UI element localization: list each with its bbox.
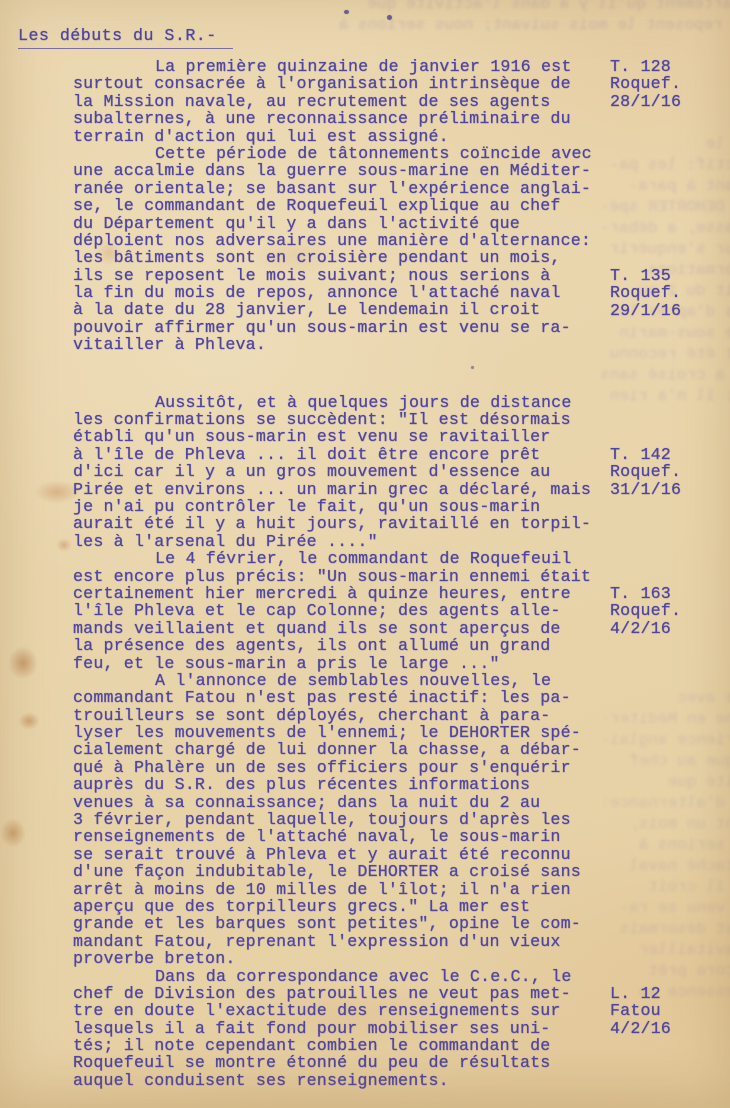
- text-line: commandant Fatou n'est pas resté inactif…: [73, 689, 618, 706]
- text-line: du Département qu'il y a dans l'activité…: [73, 215, 618, 232]
- margin-note-author: Roquef.: [610, 602, 728, 619]
- margin-note: T. 135 Roquef. 29/1/16: [610, 267, 728, 319]
- text-line: feu, et le sous-marin a pris le large ..…: [73, 655, 618, 672]
- text-line: terrain d'action qui lui est assigné.: [73, 128, 618, 145]
- margin-note-date: 4/2/16: [610, 620, 728, 637]
- text-line: Aussitôt, et à quelques jours de distanc…: [73, 394, 618, 411]
- paragraph: Dans da correspondance avec le C.e.C., l…: [73, 968, 618, 1090]
- margin-note-ref: L. 12: [610, 985, 728, 1002]
- typewritten-page: du Département qu'il y a dans l'activité…: [0, 0, 730, 1108]
- text-line: tés; il note cependant combien le comman…: [73, 1037, 618, 1054]
- margin-note-date: 31/1/16: [610, 481, 728, 498]
- text-line: je n'ai pu contrôler le fait, qu'un sous…: [73, 498, 618, 515]
- margin-note-author: Roquef.: [610, 75, 728, 92]
- text-line: renseignements de l'attaché naval, le so…: [73, 828, 618, 845]
- margin-note-author: Fatou: [610, 1002, 728, 1019]
- text-line: se serait trouvé à Phleva et y aurait ét…: [73, 846, 618, 863]
- text-line: trouilleurs se sont déployés, cherchant …: [73, 707, 618, 724]
- text-line: lesquels il a fait fond pour mobiliser s…: [73, 1020, 618, 1037]
- text-line: auquel conduisent ses renseignements.: [73, 1072, 618, 1089]
- text-line: Roquefeuil se montre étonné du peu de ré…: [73, 1054, 618, 1071]
- text-line: la Mission navale, au recrutement de ses…: [73, 93, 618, 110]
- text-line: venues à sa connaissance; dans la nuit d…: [73, 794, 618, 811]
- text-line: grande et les barques sont petites", opi…: [73, 915, 618, 932]
- text-line: déploient nos adversaires une manière d'…: [73, 232, 618, 249]
- text-line: est encore plus précis: "Un sous-marin e…: [73, 568, 618, 585]
- margin-note-author: Roquef.: [610, 284, 728, 301]
- text-line: d'ici car il y a un gros mouvement d'ess…: [73, 463, 618, 480]
- text-line: ranée orientale; se basant sur l'expérie…: [73, 180, 618, 197]
- text-line: les bâtiments sont en croisière pendant …: [73, 249, 618, 266]
- text-line: surtout consacrée à l'organisation intri…: [73, 75, 618, 92]
- text-line: subalternes, à une reconnaissance prélim…: [73, 110, 618, 127]
- text-line: certainement hier mercredi à quinze heur…: [73, 585, 618, 602]
- text-line: Pirée et environs ... un marin grec a dé…: [73, 481, 618, 498]
- text-line: Dans da correspondance avec le C.e.C., l…: [73, 968, 618, 985]
- paragraph: Cette période de tâtonnements coïncide a…: [73, 145, 618, 354]
- margin-note-date: 29/1/16: [610, 302, 728, 319]
- margin-note-ref: T. 142: [610, 446, 728, 463]
- text-line: ils se reposent le mois suivant; nous se…: [73, 267, 618, 284]
- text-line: pouvoir affirmer qu'un sous-marin est ve…: [73, 319, 618, 336]
- paragraph: Le 4 février, le commandant de Roquefeui…: [73, 550, 618, 672]
- text-line: 3 février, pendant laquelle, toujours d'…: [73, 811, 618, 828]
- text-line: tre en doute l'exactitude des renseignem…: [73, 1002, 618, 1019]
- text-line: les confirmations se succèdent: "Il est …: [73, 411, 618, 428]
- margin-note-author: Roquef.: [610, 463, 728, 480]
- margin-note-ref: T. 163: [610, 585, 728, 602]
- paragraph: A l'annonce de semblables nouvelles, le …: [73, 672, 618, 968]
- margin-note-ref: T. 128: [610, 58, 728, 75]
- stain: [8, 646, 38, 680]
- text-line: Le 4 février, le commandant de Roquefeui…: [73, 550, 618, 567]
- text-line: qué à Phalère un de ses officiers pour s…: [73, 759, 618, 776]
- text-line: à l'île de Phleva ... il doit être encor…: [73, 446, 618, 463]
- ink-speck: [344, 10, 349, 14]
- text-line: l'île Phleva et le cap Colonne; des agen…: [73, 602, 618, 619]
- text-line: auprès du S.R. des plus récentes informa…: [73, 776, 618, 793]
- text-line: lyser les mouvements de l'ennemi; le DEH…: [73, 724, 618, 741]
- text-line: mands veillaient et quand ils se sont ap…: [73, 620, 618, 637]
- margin-note-date: 28/1/16: [610, 93, 728, 110]
- stain: [18, 712, 40, 730]
- margin-note: L. 12 Fatou 4/2/16: [610, 985, 728, 1037]
- text-line: vitailler à Phleva.: [73, 336, 618, 353]
- text-line: proverbe breton.: [73, 950, 618, 967]
- stain: [56, 538, 72, 552]
- ink-speck: [387, 15, 392, 20]
- text-line: aurait été il y a huit jours, ravitaillé…: [73, 515, 618, 532]
- bleedthrough-text: du Département qu'il y a dans l'activité…: [270, 0, 730, 36]
- text-line: A l'annonce de semblables nouvelles, le: [73, 672, 618, 689]
- margin-note-date: 4/2/16: [610, 1020, 728, 1037]
- text-line: les à l'arsenal du Pirée ....": [73, 533, 618, 550]
- text-line: à la date du 28 janvier, Le lendemain il…: [73, 301, 618, 318]
- paragraph: Aussitôt, et à quelques jours de distanc…: [73, 394, 618, 551]
- text-line: chef de Division des patrouilles ne veut…: [73, 985, 618, 1002]
- text-line: se, le commandant de Roquefeuil explique…: [73, 197, 618, 214]
- text-line: Cette période de tâtonnements coïncide a…: [73, 145, 618, 162]
- document-body: La première quinzaine de janvier 1916 es…: [73, 58, 618, 1089]
- margin-note: T. 128 Roquef. 28/1/16: [610, 58, 728, 110]
- text-line: la présence des agents, ils ont allumé u…: [73, 637, 618, 654]
- text-line: une accalmie dans la guerre sous-marine …: [73, 162, 618, 179]
- document-heading: Les débuts du S.R.-: [18, 26, 233, 49]
- margin-note: T. 142 Roquef. 31/1/16: [610, 446, 728, 498]
- text-line: aperçu que des torpilleurs grecs." La me…: [73, 898, 618, 915]
- text-line: établi qu'un sous-marin est venu se ravi…: [73, 428, 618, 445]
- text-line: cialement chargé de lui donner la chasse…: [73, 741, 618, 758]
- text-line: La première quinzaine de janvier 1916 es…: [73, 58, 618, 75]
- text-line: d'une façon indubitable, le DEHORTER a c…: [73, 863, 618, 880]
- text-line: la fin du mois de repos, annonce l'attac…: [73, 284, 618, 301]
- stain: [0, 818, 26, 848]
- text-line: arrêt à moins de 10 milles de l'îlot; il…: [73, 881, 618, 898]
- margin-note: T. 163 Roquef. 4/2/16: [610, 585, 728, 637]
- text-line: mandant Fatou, reprenant l'expression d'…: [73, 933, 618, 950]
- paragraph: La première quinzaine de janvier 1916 es…: [73, 58, 618, 145]
- margin-note-ref: T. 135: [610, 267, 728, 284]
